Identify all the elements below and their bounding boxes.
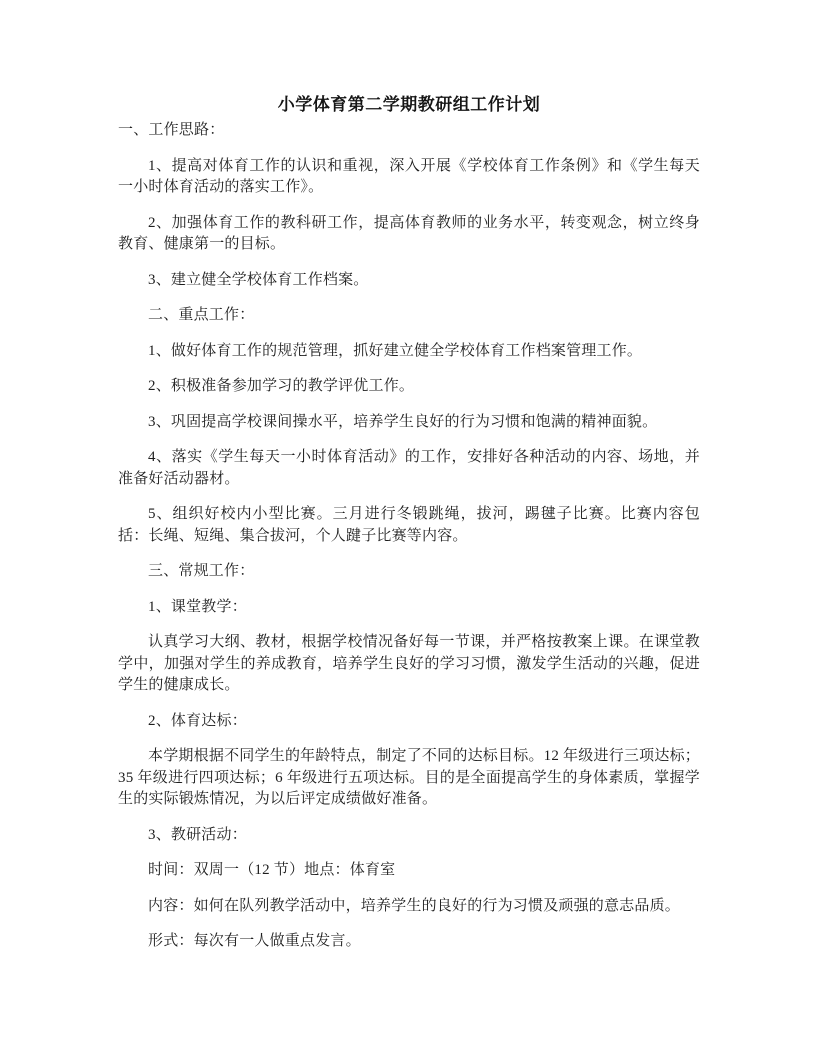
paragraph: 2、积极准备参加学习的教学评优工作。	[118, 376, 700, 398]
paragraph: 1、做好体育工作的规范管理，抓好建立健全学校体育工作档案管理工作。	[118, 341, 700, 363]
document-page: 小学体育第二学期教研组工作计划 一、工作思路： 1、提高对体育工作的认识和重视，…	[0, 0, 816, 1056]
document-title: 小学体育第二学期教研组工作计划	[118, 93, 700, 117]
paragraph: 形式：每次有一人做重点发言。	[118, 931, 700, 953]
sub-heading: 2、体育达标：	[118, 711, 700, 733]
sub-heading: 3、教研活动：	[118, 825, 700, 847]
section-heading-1: 一、工作思路：	[118, 120, 700, 142]
paragraph: 认真学习大纲、教材，根据学校情况备好每一节课，并严格按教案上课。在课堂教学中，加…	[118, 632, 700, 697]
paragraph: 5、组织好校内小型比赛。三月进行冬锻跳绳，拔河，踢毽子比赛。比赛内容包括：长绳、…	[118, 504, 700, 547]
paragraph: 2、加强体育工作的教科研工作，提高体育教师的业务水平，转变观念，树立终身教育、健…	[118, 213, 700, 256]
paragraph: 3、建立健全学校体育工作档案。	[118, 270, 700, 292]
paragraph: 内容：如何在队列教学活动中，培养学生的良好的行为习惯及顽强的意志品质。	[118, 896, 700, 918]
paragraph: 4、落实《学生每天一小时体育活动》的工作，安排好各种活动的内容、场地，并准备好活…	[118, 447, 700, 490]
section-heading-2: 二、重点工作：	[118, 305, 700, 327]
paragraph: 1、提高对体育工作的认识和重视，深入开展《学校体育工作条例》和《学生每天一小时体…	[118, 156, 700, 199]
paragraph: 3、巩固提高学校课间操水平，培养学生良好的行为习惯和饱满的精神面貌。	[118, 412, 700, 434]
section-heading-3: 三、常规工作：	[118, 561, 700, 583]
paragraph: 本学期根据不同学生的年龄特点，制定了不同的达标目标。12 年级进行三项达标；35…	[118, 746, 700, 811]
sub-heading: 1、课堂教学：	[118, 597, 700, 619]
paragraph: 时间：双周一（12 节）地点：体育室	[118, 860, 700, 882]
